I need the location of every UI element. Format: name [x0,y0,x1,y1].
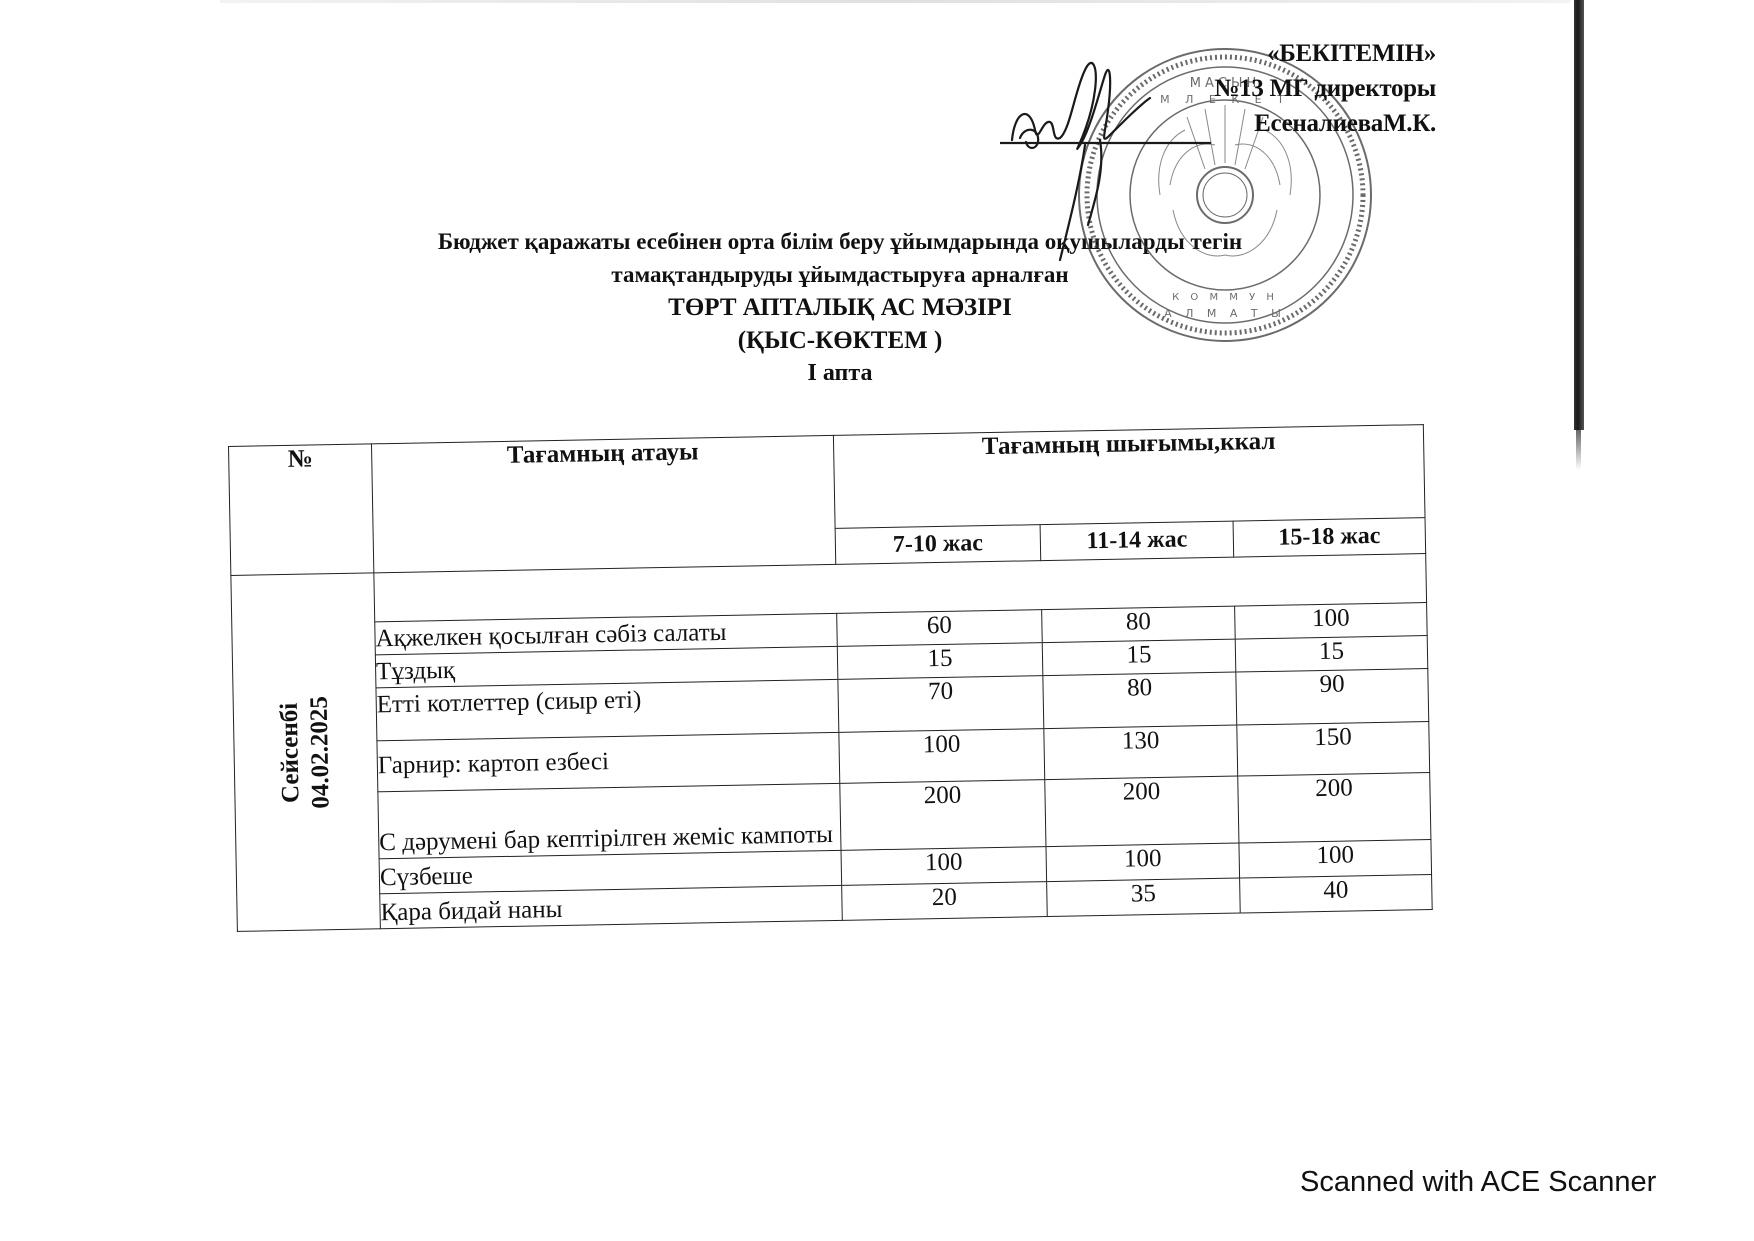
approval-director-name: ЕсеналиеваМ.К. [1214,106,1436,141]
kcal-7-10: 15 [837,643,1043,680]
kcal-15-18: 200 [1238,773,1431,844]
approval-heading: «БЕКІТЕМІН» [1214,36,1436,71]
kcal-15-18: 15 [1235,636,1428,673]
day-weekday: Сейсенбі [275,696,307,809]
svg-text:К О М М У Н: К О М М У Н [1172,292,1278,303]
kcal-11-14: 130 [1044,725,1238,780]
dish-name: С дәрумені бар кептірілген жеміс кампоты [378,783,841,858]
kcal-11-14: 15 [1042,639,1236,676]
menu-table-container: № Тағамның атауы Тағамның шығымы,ккал 7-… [228,424,1432,932]
header-dish-name: Тағамның атауы [371,435,835,572]
kcal-7-10: 70 [838,676,1044,733]
kcal-11-14: 100 [1046,843,1240,882]
day-label: Сейсенбі 04.02.2025 [275,695,337,809]
kcal-15-18: 90 [1236,669,1429,726]
handwritten-signature-icon [1000,50,1230,290]
kcal-7-10: 100 [839,729,1045,784]
kcal-15-18: 100 [1239,840,1432,879]
approval-position: №13 МГ директоры [1214,71,1436,106]
kcal-15-18: 150 [1237,722,1430,777]
title-week: І апта [300,357,1380,390]
scan-page-edge-fade [1576,430,1581,470]
header-output-kcal: Тағамның шығымы,ккал [833,425,1425,529]
header-age-11-14: 11-14 жас [1040,521,1234,560]
kcal-11-14: 200 [1045,776,1239,847]
approval-block: «БЕКІТЕМІН» №13 МГ директоры ЕсеналиеваМ… [1214,36,1436,141]
kcal-15-18: 100 [1235,603,1428,640]
scanner-watermark: Scanned with ACE Scanner [1300,1166,1656,1199]
day-cell: Сейсенбі 04.02.2025 [231,573,380,932]
dish-name: Етті котлеттер (сиыр еті) [376,679,839,740]
kcal-15-18: 40 [1240,875,1433,914]
scan-page-edge [1574,0,1584,430]
scan-top-shadow [220,0,1570,3]
kcal-7-10: 200 [840,780,1046,851]
day-date: 04.02.2025 [305,695,337,808]
header-age-7-10: 7-10 жас [835,525,1041,565]
menu-table: № Тағамның атауы Тағамның шығымы,ккал 7-… [228,424,1433,932]
kcal-11-14: 35 [1047,878,1241,917]
kcal-11-14: 80 [1043,672,1237,729]
kcal-7-10: 60 [837,610,1043,647]
header-age-15-18: 15-18 жас [1233,518,1426,557]
kcal-7-10: 20 [842,882,1048,921]
svg-text:А Л М А Т Ы: А Л М А Т Ы [1164,307,1286,320]
header-number: № [229,444,374,576]
kcal-11-14: 80 [1042,606,1236,643]
dish-name: Гарнир: картоп езбесі [377,732,840,791]
kcal-7-10: 100 [841,847,1047,886]
